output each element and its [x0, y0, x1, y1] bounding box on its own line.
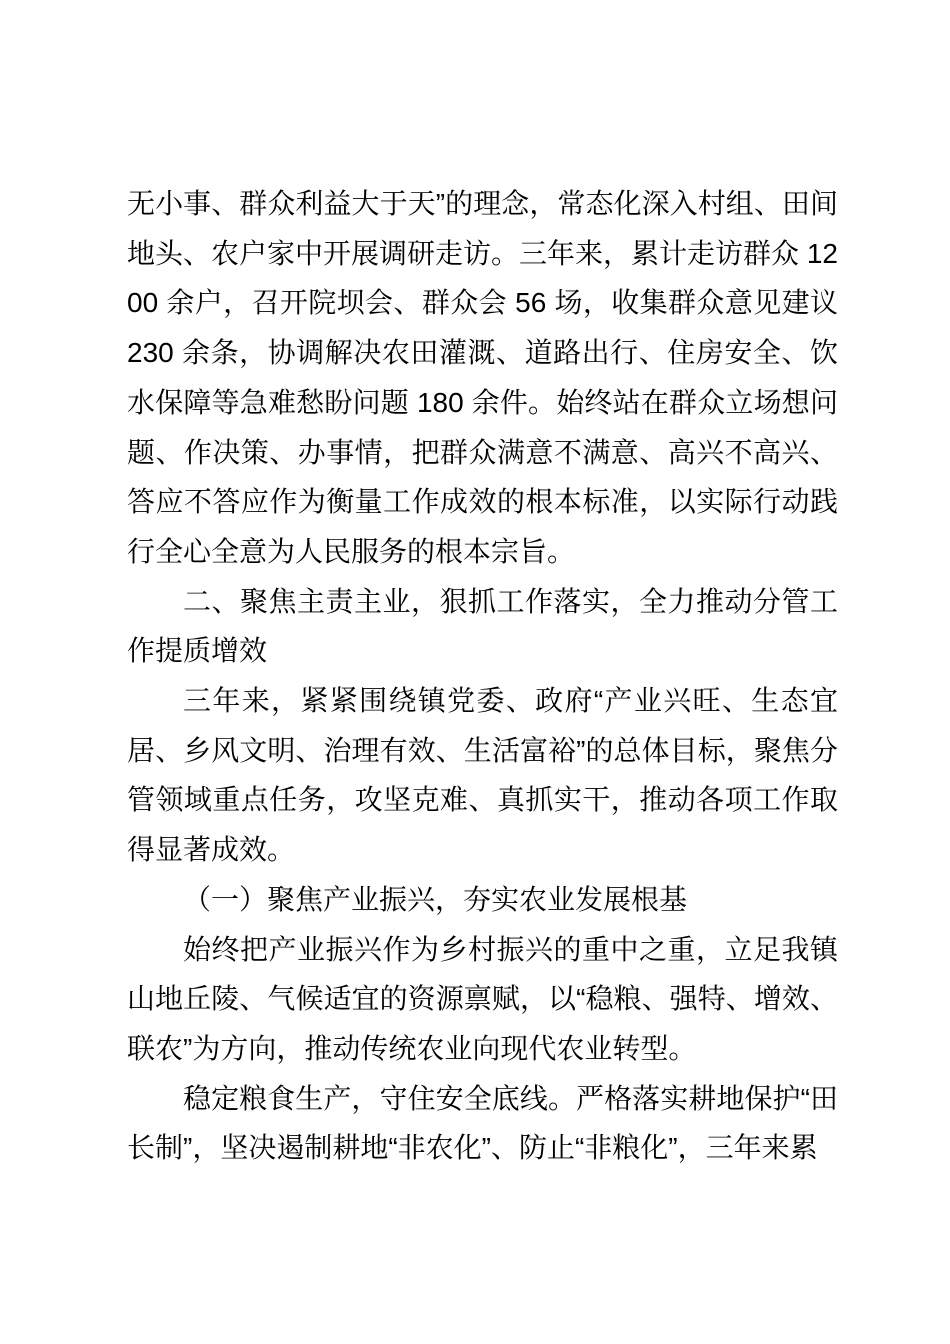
document-page: 无小事、群众利益大于天”的理念，常态化深入村组、田间地头、农户家中开展调研走访。… — [0, 0, 950, 1344]
paragraph-continuation: 无小事、群众利益大于天”的理念，常态化深入村组、田间地头、农户家中开展调研走访。… — [127, 179, 838, 577]
paragraph-overview: 三年来，紧紧围绕镇党委、政府“产业兴旺、生态宜居、乡风文明、治理有效、生活富裕”… — [127, 676, 838, 875]
section-heading-2: 二、聚焦主责主业，狠抓工作落实，全力推动分管工作提质增效 — [127, 577, 838, 676]
subsection-heading-1: （一）聚焦产业振兴，夯实农业发展根基 — [127, 875, 838, 925]
paragraph-industry: 始终把产业振兴作为乡村振兴的重中之重，立足我镇山地丘陵、气候适宜的资源禀赋，以“… — [127, 925, 838, 1074]
paragraph-grain-truncated: 稳定粮食生产，守住安全底线。严格落实耕地保护“田长制”，坚决遏制耕地“非农化”、… — [127, 1074, 838, 1173]
